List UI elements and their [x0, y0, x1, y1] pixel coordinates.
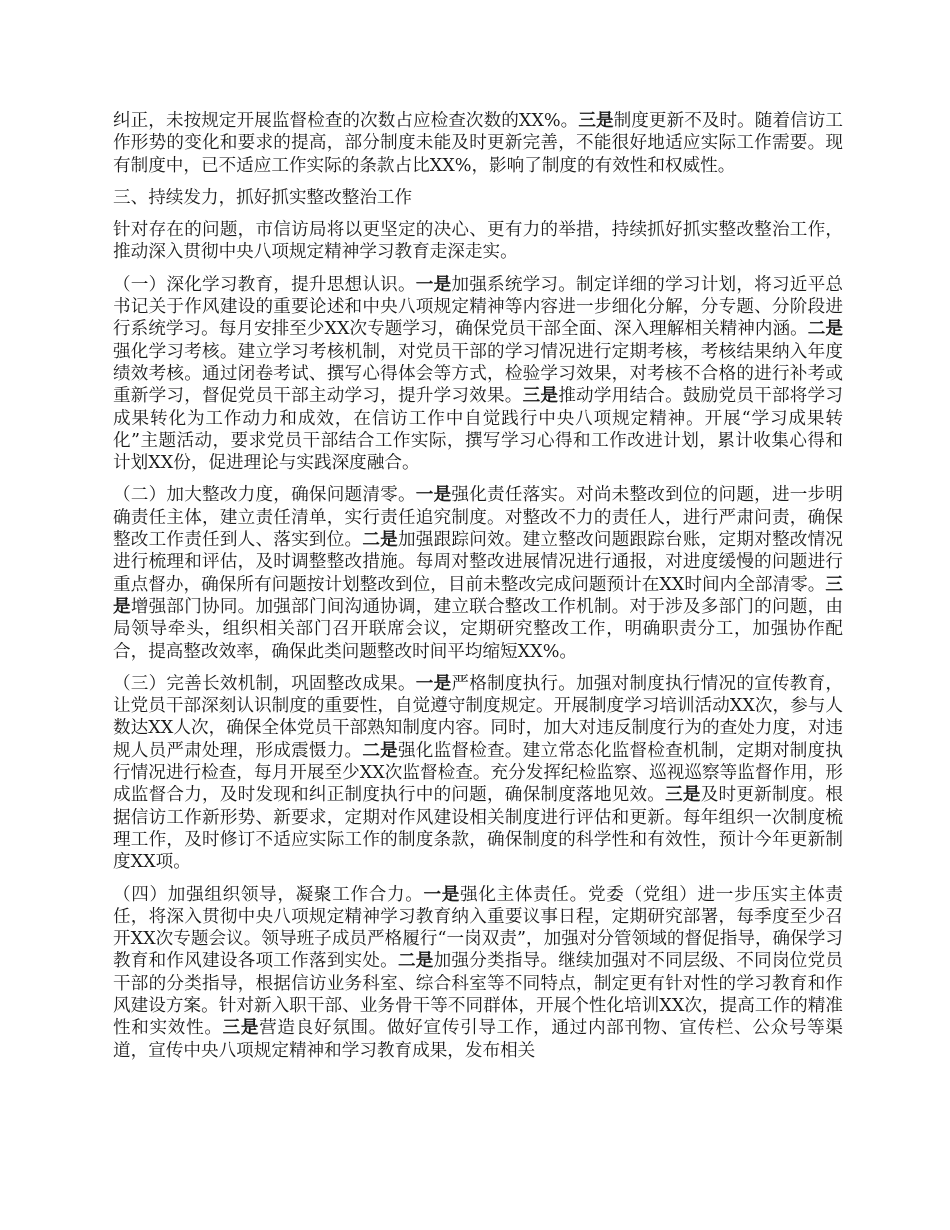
paragraph-problem-continuation: 纠正，未按规定开展监督检查的次数占应检查次数的XX%。三是制度更新不及时。随着信…	[113, 110, 843, 177]
bold-keyword: 一是	[416, 484, 452, 505]
bold-keyword: 二是	[362, 740, 398, 761]
bold-keyword: 一是	[416, 673, 452, 694]
paragraph-intro: 针对存在的问题，市信访局将以更坚定的决心、更有力的举措，持续抓好抓实整改整治工作…	[113, 219, 843, 264]
subheading-text: （一）深化学习教育，提升思想认识。	[113, 275, 416, 295]
bold-keyword: 二是	[362, 529, 398, 550]
bold-keyword: 二是	[398, 950, 434, 971]
paragraph-item-3: （三）完善长效机制，巩固整改成果。一是严格制度执行。加强对制度执行情况的宣传教育…	[113, 673, 843, 874]
text-segment: 针对存在的问题，市信访局将以更坚定的决心、更有力的举措，持续抓好抓实整改整治工作…	[113, 220, 843, 262]
bold-keyword: 一是	[424, 884, 461, 905]
paragraph-item-4: （四）加强组织领导，凝聚工作合力。一是强化主体责任。党委（党组）进一步压实主体责…	[113, 884, 843, 1062]
bold-keyword: 三是	[578, 110, 613, 131]
bold-keyword: 三是	[523, 385, 559, 406]
subheading-text: （二）加大整改力度，确保问题清零。	[113, 485, 416, 505]
bold-keyword: 一是	[416, 274, 452, 295]
bold-keyword: 三是	[665, 784, 701, 805]
heading-text: 三、持续发力，抓好抓实整改整治工作	[113, 188, 412, 208]
text-segment: 纠正，未按规定开展监督检查的次数占应检查次数的XX%。	[113, 111, 578, 131]
paragraph-item-2: （二）加大整改力度，确保问题清零。一是强化责任落实。对尚未整改到位的问题，进一步…	[113, 484, 843, 662]
paragraph-item-1: （一）深化学习教育，提升思想认识。一是加强系统学习。制定详细的学习计划，将习近平…	[113, 274, 843, 475]
bold-keyword: 二是	[808, 318, 843, 339]
section-heading-3: 三、持续发力，抓好抓实整改整治工作	[113, 187, 843, 209]
subheading-text: （四）加强组织领导，凝聚工作合力。	[113, 885, 424, 905]
text-segment: 增强部门协同。加强部门间沟通协调，建立联合整改工作机制。对于涉及多部门的问题，由…	[113, 597, 843, 662]
bold-keyword: 三是	[223, 1017, 260, 1038]
subheading-text: （三）完善长效机制，巩固整改成果。	[113, 674, 416, 694]
document-page: 纠正，未按规定开展监督检查的次数占应检查次数的XX%。三是制度更新不及时。随着信…	[113, 110, 843, 1072]
